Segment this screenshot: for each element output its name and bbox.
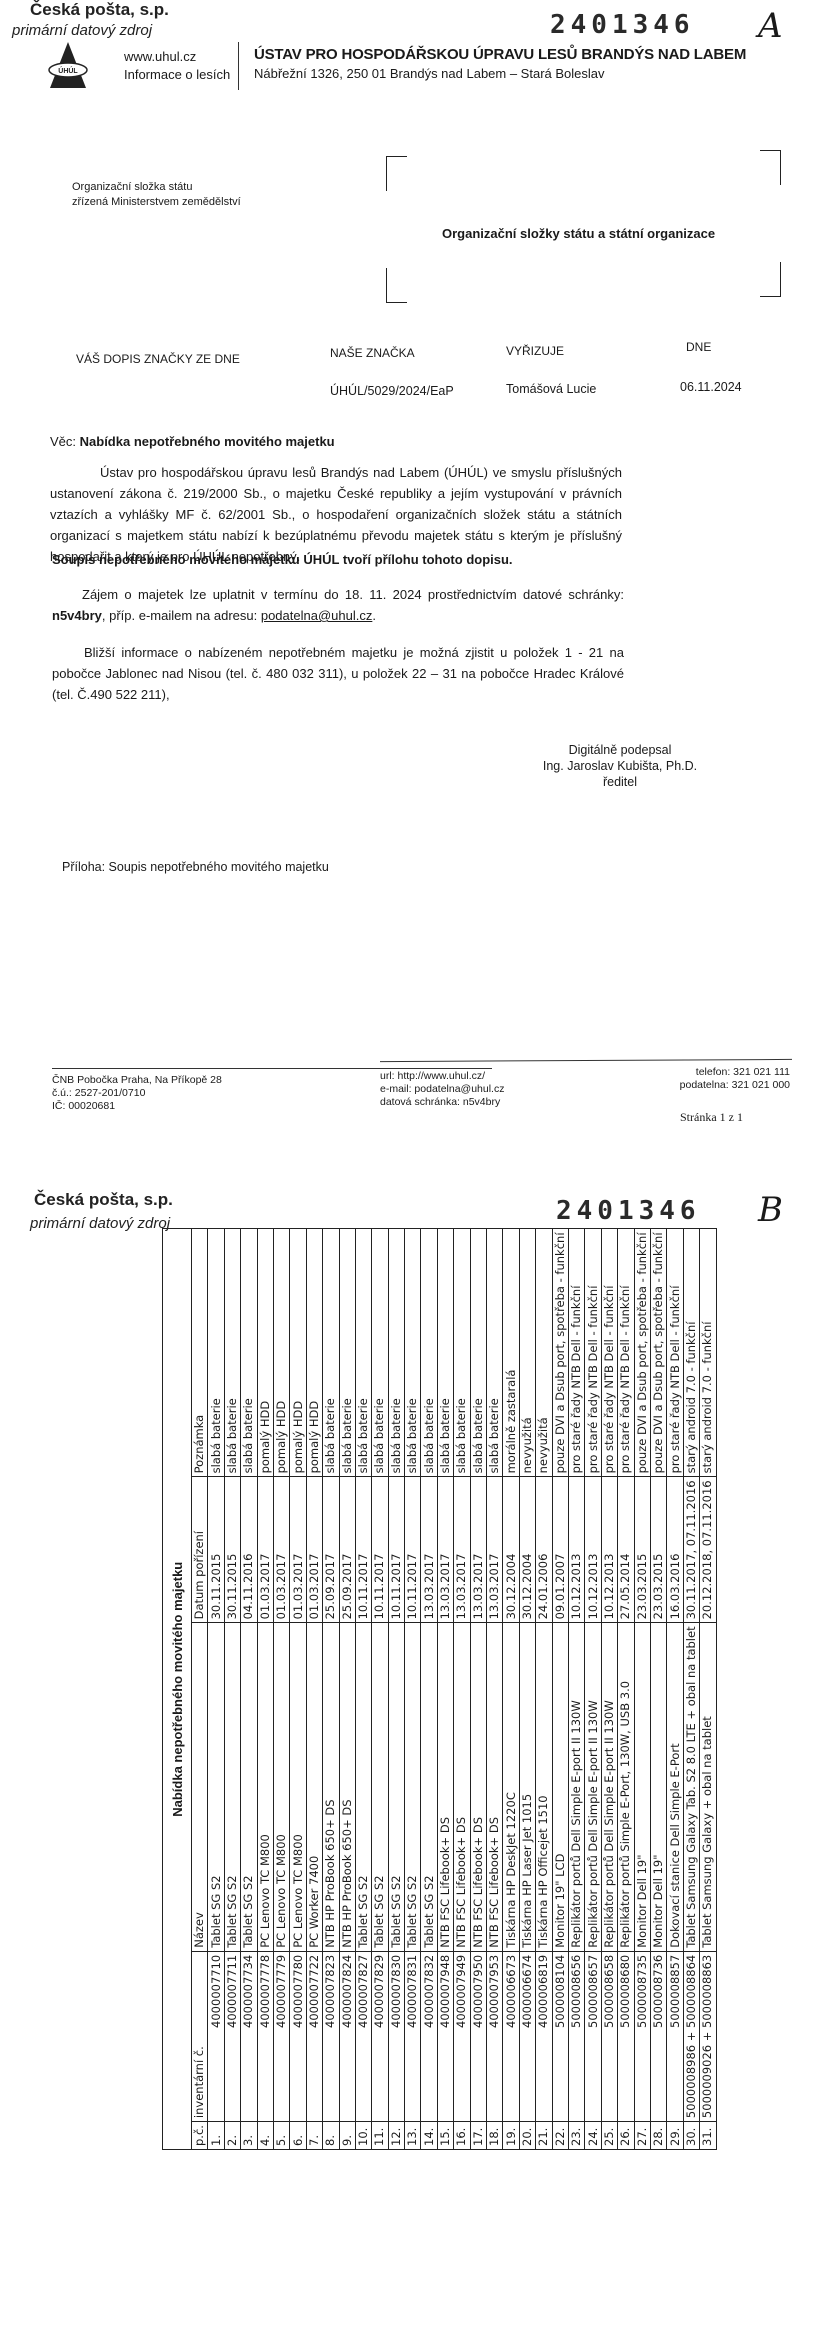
cell-no: 5. xyxy=(273,2122,289,2150)
cell-inventory: 4000006674 xyxy=(519,1951,535,2121)
cell-date: 30.12.2004 xyxy=(503,1477,519,1623)
cell-name: Replikátor portů Dell Simple E-port II 1… xyxy=(568,1623,584,1951)
cell-name: Tiskárna HP Laser Jet 1015 xyxy=(519,1623,535,1951)
cell-date: 13.03.2017 xyxy=(454,1477,470,1623)
cell-inventory: 4000007953 xyxy=(487,1951,503,2121)
cell-name: Tablet SG S2 xyxy=(224,1623,240,1951)
cell-note: pomalý HDD xyxy=(257,1229,273,1477)
cell-date: 01.03.2017 xyxy=(257,1477,273,1623)
cell-inventory: 4000007710 xyxy=(208,1951,224,2121)
inventory-table-rotated: Nabídka nepotřebného movitého majetku p.… xyxy=(162,1262,705,2150)
table-row: 18.4000007953NTB FSC Lifebook+ DS13.03.2… xyxy=(487,1229,503,2150)
cell-date: 23.03.2015 xyxy=(650,1477,666,1623)
table-body: 1.4000007710Tablet SG S230.11.2015slabá … xyxy=(208,1229,716,2150)
svg-text:ÚHÚL: ÚHÚL xyxy=(58,66,78,75)
cell-name: PC Lenovo TC M800 xyxy=(273,1623,289,1951)
cell-name: Tablet Samsung Galaxy Tab. S2 8.0 LTE + … xyxy=(683,1623,699,1951)
cell-no: 27. xyxy=(634,2122,650,2150)
address-window-corner xyxy=(386,156,407,191)
cell-no: 24. xyxy=(585,2122,601,2150)
cell-date: 24.01.2006 xyxy=(536,1477,552,1623)
cell-note: slabá baterie xyxy=(437,1229,453,1477)
cell-date: 13.03.2017 xyxy=(470,1477,486,1623)
cell-date: 10.12.2013 xyxy=(585,1477,601,1623)
cell-note: slabá baterie xyxy=(339,1229,355,1477)
deadline-text-2: , příp. e-mailem na adresu: xyxy=(102,608,261,623)
cell-name: NTB FSC Lifebook+ DS xyxy=(470,1623,486,1951)
cell-note: pro staré řady NTB Dell - funkční xyxy=(585,1229,601,1477)
footer-contact: url: http://www.uhul.cz/ e-mail: podatel… xyxy=(380,1070,504,1109)
cell-inventory: 4000007734 xyxy=(241,1951,257,2121)
cell-inventory: 5000008657 xyxy=(585,1951,601,2121)
cell-no: 14. xyxy=(421,2122,437,2150)
table-row: 14.4000007832Tablet SG S213.03.2017slabá… xyxy=(421,1229,437,2150)
cell-no: 13. xyxy=(405,2122,421,2150)
table-row: 22.5000008104Monitor 19" LCD09.01.2007po… xyxy=(552,1229,568,2150)
cell-inventory: 4000007829 xyxy=(372,1951,388,2121)
table-row: 4.4000007778PC Lenovo TC M80001.03.2017p… xyxy=(257,1229,273,2150)
table-row: 26.5000008680Replikátor portů Simple E-P… xyxy=(618,1229,634,2150)
page-number: Stránka 1 z 1 xyxy=(680,1110,743,1125)
table-row: 21.4000006819Tiskárna HP Officejet 15102… xyxy=(536,1229,552,2150)
cell-name: Monitor Dell 19" xyxy=(650,1623,666,1951)
table-row: 16.4000007949NTB FSC Lifebook+ DS13.03.2… xyxy=(454,1229,470,2150)
cell-name: Tablet SG S2 xyxy=(355,1623,371,1951)
table-row: 7.4000007722PC Worker 740001.03.2017poma… xyxy=(306,1229,322,2150)
cell-note: slabá baterie xyxy=(405,1229,421,1477)
cell-note: pro staré řady NTB Dell - funkční xyxy=(601,1229,617,1477)
table-row: 5.4000007779PC Lenovo TC M80001.03.2017p… xyxy=(273,1229,289,2150)
handled-by: Tomášová Lucie xyxy=(506,382,596,396)
cell-date: 13.03.2017 xyxy=(421,1477,437,1623)
cell-date: 10.12.2013 xyxy=(568,1477,584,1623)
subject: Nabídka nepotřebného movitého majetku xyxy=(80,434,335,449)
footer-url[interactable]: url: http://www.uhul.cz/ xyxy=(380,1070,504,1083)
tagline: Informace o lesích xyxy=(124,66,230,83)
website-link[interactable]: www.uhul.cz xyxy=(124,48,196,65)
org-desc-line1: Organizační složka státu xyxy=(72,180,192,194)
cell-no: 18. xyxy=(487,2122,503,2150)
cell-no: 31. xyxy=(700,2122,716,2150)
cell-name: NTB FSC Lifebook+ DS xyxy=(454,1623,470,1951)
cell-inventory: 4000007827 xyxy=(355,1951,371,2121)
col-header-note: Poznámka xyxy=(192,1229,208,1477)
cell-no: 23. xyxy=(568,2122,584,2150)
cell-inventory: 4000007780 xyxy=(290,1951,306,2121)
cell-no: 22. xyxy=(552,2122,568,2150)
our-ref: ÚHÚL/5029/2024/EaP xyxy=(330,384,454,398)
paragraph-deadline: Zájem o majetek lze uplatnit v termínu d… xyxy=(52,584,624,626)
address-window-corner xyxy=(760,150,781,185)
table-row: 24.5000008657Replikátor portů Dell Simpl… xyxy=(585,1229,601,2150)
cell-note: pomalý HDD xyxy=(306,1229,322,1477)
cell-date: 01.03.2017 xyxy=(290,1477,306,1623)
cell-inventory: 4000007823 xyxy=(323,1951,339,2121)
cell-no: 19. xyxy=(503,2122,519,2150)
table-row: 17.4000007950NTB FSC Lifebook+ DS13.03.2… xyxy=(470,1229,486,2150)
footer-ico: IČ: 00020681 xyxy=(52,1100,222,1113)
cell-note: slabá baterie xyxy=(323,1229,339,1477)
cell-date: 30.12.2004 xyxy=(519,1477,535,1623)
cell-note: slabá baterie xyxy=(208,1229,224,1477)
table-row: 15.4000007948NTB FSC Lifebook+ DS13.03.2… xyxy=(437,1229,453,2150)
cell-no: 26. xyxy=(618,2122,634,2150)
cell-no: 15. xyxy=(437,2122,453,2150)
cell-inventory: 4000007824 xyxy=(339,1951,355,2121)
uhul-logo-icon: ÚHÚL xyxy=(46,40,90,92)
cell-date: 10.12.2013 xyxy=(601,1477,617,1623)
cell-no: 12. xyxy=(388,2122,404,2150)
cell-date: 30.11.2017, 07.11.2016 xyxy=(683,1477,699,1623)
cell-date: 10.11.2017 xyxy=(355,1477,371,1623)
cell-name: NTB FSC Lifebook+ DS xyxy=(437,1623,453,1951)
email-link[interactable]: podatelna@uhul.cz xyxy=(261,608,373,623)
carrier-subtitle: primární datový zdroj xyxy=(12,22,152,39)
cell-date: 27.05.2014 xyxy=(618,1477,634,1623)
footer-phones: telefon: 321 021 111 podatelna: 321 021 … xyxy=(620,1066,790,1092)
cell-note: nevyužitá xyxy=(536,1229,552,1477)
cell-date: 10.11.2017 xyxy=(388,1477,404,1623)
cell-no: 4. xyxy=(257,2122,273,2150)
cell-no: 1. xyxy=(208,2122,224,2150)
cell-no: 2. xyxy=(224,2122,240,2150)
cell-date: 25.09.2017 xyxy=(339,1477,355,1623)
cell-date: 01.03.2017 xyxy=(273,1477,289,1623)
cell-date: 13.03.2017 xyxy=(437,1477,453,1623)
cell-note: slabá baterie xyxy=(454,1229,470,1477)
cell-no: 10. xyxy=(355,2122,371,2150)
col-header-inventory: inventární č. xyxy=(192,1951,208,2121)
cell-inventory: 4000007722 xyxy=(306,1951,322,2121)
footer-databox: datová schránka: n5v4bry xyxy=(380,1096,504,1109)
cell-inventory: 5000008986 + 5000008864 xyxy=(683,1951,699,2121)
cell-date: 10.11.2017 xyxy=(372,1477,388,1623)
cell-inventory: 4000007830 xyxy=(388,1951,404,2121)
cell-no: 9. xyxy=(339,2122,355,2150)
attachment-label: Příloha: Soupis nepotřebného movitého ma… xyxy=(62,860,329,874)
carrier-name: Česká pošta, s.p. xyxy=(34,1190,173,1210)
cell-no: 28. xyxy=(650,2122,666,2150)
table-row: 19.4000006673Tiskárna HP DeskJet 1220C30… xyxy=(503,1229,519,2150)
col-header-date: Datum pořízení xyxy=(192,1477,208,1623)
attachment-note: Soupis nepotřebného movitého majetku ÚHÚ… xyxy=(52,552,513,567)
cell-name: NTB HP ProBook 650+ DS xyxy=(323,1623,339,1951)
cell-date: 09.01.2007 xyxy=(552,1477,568,1623)
cell-note: slabá baterie xyxy=(388,1229,404,1477)
cell-note: pomalý HDD xyxy=(273,1229,289,1477)
cell-name: PC Lenovo TC M800 xyxy=(290,1623,306,1951)
org-name: ÚSTAV PRO HOSPODÁŘSKOU ÚPRAVU LESŮ BRAND… xyxy=(254,46,746,63)
table-row: 31.5000009026 + 5000008863Tablet Samsung… xyxy=(700,1229,716,2150)
cell-inventory: 5000008104 xyxy=(552,1951,568,2121)
cell-inventory: 5000008658 xyxy=(601,1951,617,2121)
cell-name: NTB HP ProBook 650+ DS xyxy=(339,1623,355,1951)
cell-name: Replikátor portů Dell Simple E-port II 1… xyxy=(585,1623,601,1951)
deadline-text: Zájem o majetek lze uplatnit v termínu d… xyxy=(82,587,624,602)
cell-name: Tiskárna HP Officejet 1510 xyxy=(536,1623,552,1951)
cell-no: 21. xyxy=(536,2122,552,2150)
carrier-subtitle: primární datový zdroj xyxy=(30,1215,170,1232)
table-row: 28.5000008736Monitor Dell 19"23.03.2015p… xyxy=(650,1229,666,2150)
cell-name: PC Lenovo TC M800 xyxy=(257,1623,273,1951)
cell-note: starý android 7.0 - funkční xyxy=(683,1229,699,1477)
cell-name: Tablet SG S2 xyxy=(405,1623,421,1951)
cell-name: Tiskárna HP DeskJet 1220C xyxy=(503,1623,519,1951)
cell-no: 11. xyxy=(372,2122,388,2150)
cell-name: Dokovací stanice Dell Simple E-Port xyxy=(667,1623,683,1951)
handled-by-label: VYŘIZUJE xyxy=(506,344,564,358)
cell-no: 6. xyxy=(290,2122,306,2150)
cell-note: nevyužitá xyxy=(519,1229,535,1477)
inventory-table: Nabídka nepotřebného movitého majetku p.… xyxy=(162,1228,717,2150)
signature-line1: Digitálně podepsal xyxy=(520,742,720,758)
cell-inventory: 4000007949 xyxy=(454,1951,470,2121)
cell-name: Monitor Dell 19" xyxy=(634,1623,650,1951)
cell-note: pro staré řady NTB Dell - funkční xyxy=(618,1229,634,1477)
stamp-letter: B xyxy=(758,1190,783,1230)
cell-name: PC Worker 7400 xyxy=(306,1623,322,1951)
table-row: 23.5000008656Replikátor portů Dell Simpl… xyxy=(568,1229,584,2150)
your-letter-label: VÁŠ DOPIS ZNAČKY ZE DNE xyxy=(76,352,240,366)
databox-id: n5v4bry xyxy=(52,608,102,623)
footer-bank-branch: ČNB Pobočka Praha, Na Příkopě 28 xyxy=(52,1074,222,1087)
footer-account: č.ú.: 2527-201/0710 xyxy=(52,1087,222,1100)
cell-no: 29. xyxy=(667,2122,683,2150)
cell-note: pouze DVI a Dsub port, spotřeba - funkčn… xyxy=(650,1229,666,1477)
cell-date: 13.03.2017 xyxy=(487,1477,503,1623)
cell-note: slabá baterie xyxy=(241,1229,257,1477)
cell-no: 20. xyxy=(519,2122,535,2150)
cell-name: Tablet SG S2 xyxy=(388,1623,404,1951)
col-header-name: Název xyxy=(192,1623,208,1951)
table-row: 11.4000007829Tablet SG S210.11.2017slabá… xyxy=(372,1229,388,2150)
cell-note: slabá baterie xyxy=(487,1229,503,1477)
cell-name: NTB FSC Lifebook+ DS xyxy=(487,1623,503,1951)
signature-block: Digitálně podepsal Ing. Jaroslav Kubišta… xyxy=(520,742,720,790)
header-divider xyxy=(238,42,239,90)
paragraph-contacts: Bližší informace o nabízeném nepotřebném… xyxy=(52,642,624,705)
cell-inventory: 4000007832 xyxy=(421,1951,437,2121)
cell-inventory: 5000008736 xyxy=(650,1951,666,2121)
table-header: p.č. inventární č. Název Datum pořízení … xyxy=(192,1229,208,2150)
cell-note: slabá baterie xyxy=(421,1229,437,1477)
carrier-name: Česká pošta, s.p. xyxy=(30,0,169,20)
cell-name: Tablet SG S2 xyxy=(372,1623,388,1951)
cell-note: pomalý HDD xyxy=(290,1229,306,1477)
letter-date: 06.11.2024 xyxy=(680,380,742,394)
cell-no: 3. xyxy=(241,2122,257,2150)
footer-email[interactable]: e-mail: podatelna@uhul.cz xyxy=(380,1083,504,1096)
cell-no: 25. xyxy=(601,2122,617,2150)
cell-no: 8. xyxy=(323,2122,339,2150)
cell-name: Tablet SG S2 xyxy=(208,1623,224,1951)
cell-inventory: 5000008735 xyxy=(634,1951,650,2121)
cell-inventory: 5000008857 xyxy=(667,1951,683,2121)
cell-inventory: 5000008656 xyxy=(568,1951,584,2121)
signature-title: ředitel xyxy=(520,774,720,790)
cell-no: 7. xyxy=(306,2122,322,2150)
cell-date: 01.03.2017 xyxy=(306,1477,322,1623)
cell-note: slabá baterie xyxy=(470,1229,486,1477)
address-window-corner xyxy=(386,268,407,303)
cell-date: 25.09.2017 xyxy=(323,1477,339,1623)
subject-line: Věc: Nabídka nepotřebného movitého majet… xyxy=(50,434,335,449)
cell-inventory: 4000007831 xyxy=(405,1951,421,2121)
cell-date: 23.03.2015 xyxy=(634,1477,650,1623)
cell-no: 30. xyxy=(683,2122,699,2150)
footer-rule xyxy=(52,1068,492,1069)
cell-note: pro staré řady NTB Dell - funkční xyxy=(667,1229,683,1477)
org-desc-line2: zřízená Ministerstvem zemědělství xyxy=(72,195,241,209)
subject-prefix: Věc: xyxy=(50,434,76,449)
cell-name: Tablet SG S2 xyxy=(241,1623,257,1951)
cell-name: Replikátor portů Simple E-Port, 130W, US… xyxy=(618,1623,634,1951)
cell-note: pro staré řady NTB Dell - funkční xyxy=(568,1229,584,1477)
cell-no: 16. xyxy=(454,2122,470,2150)
cell-inventory: 4000006673 xyxy=(503,1951,519,2121)
cell-inventory: 5000009026 + 5000008863 xyxy=(700,1951,716,2121)
footer-registry: podatelna: 321 021 000 xyxy=(620,1079,790,1092)
table-row: 30.5000008986 + 5000008864Tablet Samsung… xyxy=(683,1229,699,2150)
cell-name: Tablet Samsung Galaxy + obal na tablet xyxy=(700,1623,716,1951)
stamp-letter: A xyxy=(758,6,783,46)
cell-inventory: 4000006819 xyxy=(536,1951,552,2121)
cell-name: Monitor 19" LCD xyxy=(552,1623,568,1951)
footer-rule xyxy=(380,1059,792,1062)
table-row: 8.4000007823NTB HP ProBook 650+ DS25.09.… xyxy=(323,1229,339,2150)
table-row: 20.4000006674Tiskárna HP Laser Jet 10153… xyxy=(519,1229,535,2150)
cell-note: slabá baterie xyxy=(224,1229,240,1477)
table-row: 10.4000007827Tablet SG S210.11.2017slabá… xyxy=(355,1229,371,2150)
cell-inventory: 4000007948 xyxy=(437,1951,453,2121)
cell-note: morálně zastaralá xyxy=(503,1229,519,1477)
signature-name: Ing. Jaroslav Kubišta, Ph.D. xyxy=(520,758,720,774)
table-row: 25.5000008658Replikátor portů Dell Simpl… xyxy=(601,1229,617,2150)
table-row: 9.4000007824NTB HP ProBook 650+ DS25.09.… xyxy=(339,1229,355,2150)
cell-no: 17. xyxy=(470,2122,486,2150)
footer-phone: telefon: 321 021 111 xyxy=(620,1066,790,1079)
table-row: 29.5000008857Dokovací stanice Dell Simpl… xyxy=(667,1229,683,2150)
org-address: Nábřežní 1326, 250 01 Brandýs nad Labem … xyxy=(254,66,605,81)
table-row: 6.4000007780PC Lenovo TC M80001.03.2017p… xyxy=(290,1229,306,2150)
cell-inventory: 4000007950 xyxy=(470,1951,486,2121)
table-row: 2.4000007711Tablet SG S230.11.2015slabá … xyxy=(224,1229,240,2150)
cell-note: pouze DVI a Dsub port, spotřeba - funkčn… xyxy=(552,1229,568,1477)
table-row: 12.4000007830Tablet SG S210.11.2017slabá… xyxy=(388,1229,404,2150)
stamp-number: 2401346 xyxy=(550,10,695,40)
date-label: DNE xyxy=(686,340,711,354)
table-row: 1.4000007710Tablet SG S230.11.2015slabá … xyxy=(208,1229,224,2150)
cell-date: 20.12.2018, 07.11.2016 xyxy=(700,1477,716,1623)
cell-date: 30.11.2015 xyxy=(208,1477,224,1623)
table-title: Nabídka nepotřebného movitého majetku xyxy=(163,1229,192,2150)
cell-name: Tablet SG S2 xyxy=(421,1623,437,1951)
address-window-corner xyxy=(760,262,781,297)
cell-note: starý android 7.0 - funkční xyxy=(700,1229,716,1477)
cell-note: slabá baterie xyxy=(355,1229,371,1477)
cell-date: 04.11.2016 xyxy=(241,1477,257,1623)
footer-bank: ČNB Pobočka Praha, Na Příkopě 28 č.ú.: 2… xyxy=(52,1074,222,1113)
cell-inventory: 4000007711 xyxy=(224,1951,240,2121)
cell-inventory: 4000007779 xyxy=(273,1951,289,2121)
cell-date: 16.03.2016 xyxy=(667,1477,683,1623)
deadline-text-3: . xyxy=(372,608,376,623)
our-ref-label: NAŠE ZNAČKA xyxy=(330,346,415,360)
col-header-no: p.č. xyxy=(192,2122,208,2150)
cell-inventory: 5000008680 xyxy=(618,1951,634,2121)
stamp-number: 2401346 xyxy=(556,1196,701,1226)
cell-name: Replikátor portů Dell Simple E-port II 1… xyxy=(601,1623,617,1951)
recipient: Organizační složky státu a státní organi… xyxy=(442,226,715,241)
cell-inventory: 4000007778 xyxy=(257,1951,273,2121)
table-row: 3.4000007734Tablet SG S204.11.2016slabá … xyxy=(241,1229,257,2150)
table-row: 13.4000007831Tablet SG S210.11.2017slabá… xyxy=(405,1229,421,2150)
cell-date: 10.11.2017 xyxy=(405,1477,421,1623)
cell-date: 30.11.2015 xyxy=(224,1477,240,1623)
cell-note: slabá baterie xyxy=(372,1229,388,1477)
table-row: 27.5000008735Monitor Dell 19"23.03.2015p… xyxy=(634,1229,650,2150)
cell-note: pouze DVI a Dsub port, spotřeba - funkčn… xyxy=(634,1229,650,1477)
